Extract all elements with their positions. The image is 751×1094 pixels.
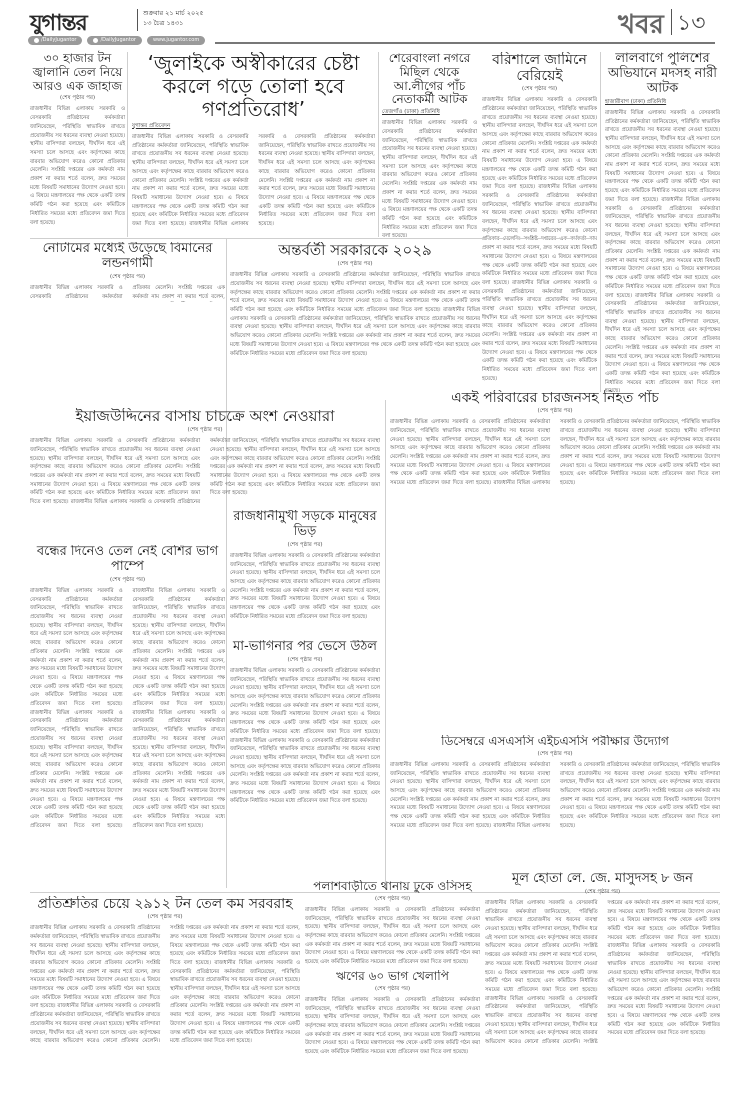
- article-body: রাজধানীর বিভিন্ন এলাকায় সরকারি ও বেসরকা…: [30, 587, 225, 831]
- article-july-resistance: ‘জুলাইকে অস্বীকারের চেষ্টা করলে গড়ে তোল…: [132, 52, 375, 232]
- byline: তেজগাঁও (ঢাকা) প্রতিনিধি: [382, 109, 477, 117]
- headline[interactable]: বন্ধের দিনেও তেল নেই বেশির ভাগ পাম্পে: [30, 545, 225, 575]
- headline[interactable]: মা-ভাগিনার পর ভেসে উঠল: [230, 640, 380, 655]
- byline: যুগান্তর প্রতিবেদন: [132, 123, 375, 131]
- column-divider: [600, 52, 601, 392]
- continued-label: (শেষ পৃষ্ঠার পর): [230, 261, 480, 269]
- headline[interactable]: প্রতিশ্রুতির চেয়ে ২৯১২ টন তেল কম সরবরাহ: [30, 896, 300, 912]
- article-body: রাজধানীর বিভিন্ন এলাকায় সরকারি ও বেসরকা…: [382, 119, 477, 237]
- masthead: যুগান্তর শুক্রবার ২১ মার্চ ২০২৫ ১৩ চৈত্র…: [0, 0, 751, 48]
- column-divider: [226, 238, 227, 888]
- issue-date: শুক্রবার ২১ মার্চ ২০২৫ ১৩ চৈত্র ১৪৩১: [143, 8, 204, 28]
- article-body: রাজধানীর বিভিন্ন এলাকায় সরকারি ও বেসরকা…: [30, 105, 125, 227]
- headline[interactable]: পলাশবাড়ীতে থানায় ঢুকে ওসিসহ: [305, 880, 480, 894]
- continued-label: (শেষ পৃষ্ঠার পর): [390, 408, 720, 416]
- headline[interactable]: শেরেবাংলা নগরে মিছিল থেকে আ.লীগের পাঁচ ন…: [382, 52, 477, 107]
- article-body: রাজধানীর বিভিন্ন এলাকায় সরকারি ও বেসরকা…: [230, 552, 380, 620]
- article-body: রাজধানীর বিভিন্ন এলাকায় সরকারি ও বেসরকা…: [132, 133, 375, 229]
- headline[interactable]: লালবাগে পুলিশের অভিযানে মদসহ নারী আটক: [605, 52, 720, 97]
- article-less-oil-2912: প্রতিশ্রুতির চেয়ে ২৯১২ টন তেল কম সরবরাহ…: [30, 896, 300, 1086]
- article-body: রাজধানীর বিভিন্ন এলাকায় সরকারি ও বেসরকা…: [390, 761, 720, 831]
- article-mother-daughter: মা-ভাগিনার পর ভেসে উঠল (শেষ পৃষ্ঠার পর) …: [230, 640, 380, 870]
- article-sherebangla: শেরেবাংলা নগরে মিছিল থেকে আ.লীগের পাঁচ ন…: [382, 52, 477, 237]
- facebook-icon: [93, 38, 98, 43]
- article-mastermind-8: মূল হোতা লে. জে. মাসুদসহ ৮ জন (শেষ পৃষ্ঠ…: [485, 872, 720, 1092]
- headline[interactable]: একই পরিবারের চারজনসহ নিহত পাঁচ: [390, 390, 720, 406]
- continued-label: (শেষ পৃষ্ঠার পর): [30, 914, 300, 922]
- article-pump-no-fuel: বন্ধের দিনেও তেল নেই বেশির ভাগ পাম্পে (শ…: [30, 545, 225, 880]
- continued-label: (শেষ পৃষ্ঠার পর): [230, 657, 380, 665]
- date-bengali: ১৩ চৈত্র ১৪৩১: [143, 18, 204, 28]
- article-default-loans: ঋণের ৬০ ভাগ খেলাপি (শেষ পৃষ্ঠার পর) রাজধ…: [305, 970, 480, 1090]
- continued-label: (শেষ পৃষ্ঠার পর): [230, 542, 380, 550]
- column-divider: [127, 52, 128, 237]
- headline[interactable]: অন্তর্বর্তী সরকারকে ২০২৯: [230, 242, 480, 259]
- continued-label: (শেষ পৃষ্ঠার পর): [305, 986, 480, 994]
- headline[interactable]: ‘জুলাইকে অস্বীকারের চেষ্টা করলে গড়ে তোল…: [132, 52, 375, 121]
- article-lalbagh-police: লালবাগে পুলিশের অভিযানে মদসহ নারী আটক হা…: [605, 52, 720, 392]
- section-divider: [30, 238, 595, 239]
- article-biman-london: নোটামের মধ্যেই উড়েছে বিমানের লন্ডনগামী …: [30, 242, 225, 302]
- article-palashbari-oc: পলাশবাড়ীতে থানায় ঢুকে ওসিসহ (শেষ পৃষ্ঠ…: [305, 880, 480, 970]
- date-gregorian: শুক্রবার ২১ মার্চ ২০২৫: [143, 8, 204, 18]
- continued-label: (শেষ পৃষ্ঠার পর): [305, 896, 480, 904]
- continued-label: (শেষ পৃষ্ঠার পর): [30, 274, 225, 282]
- article-body: রাজধানীর বিভিন্ন এলাকায় সরকারি ও বেসরকা…: [230, 271, 480, 358]
- article-family-five-killed: একই পরিবারের চারজনসহ নিহত পাঁচ (শেষ পৃষ্…: [390, 390, 720, 510]
- section-name: খবর: [618, 4, 664, 48]
- article-body: রাজধানীর বিভিন্ন এলাকায় সরকারি ও বেসরকা…: [305, 996, 480, 1057]
- twitter-icon: [34, 38, 39, 43]
- headline[interactable]: ডিসেম্বরে এসএসসি এইচএসসি পরীক্ষার উদ্যোগ: [390, 735, 720, 749]
- continued-label: (শেষ পৃষ্ঠার পর): [485, 889, 720, 897]
- article-body: রাজধানীর বিভিন্ন এলাকায় সরকারি ও বেসরকা…: [485, 899, 720, 1047]
- article-interim-2029: অন্তর্বর্তী সরকারকে ২০২৯ (শেষ পৃষ্ঠার পর…: [230, 242, 480, 392]
- social-link-twitter[interactable]: /DailyJugantor: [28, 36, 82, 45]
- headline[interactable]: মূল হোতা লে. জে. মাসুদসহ ৮ জন: [485, 872, 720, 887]
- social-links: /DailyJugantor /DailyJugantor www.jugant…: [28, 36, 205, 45]
- headline[interactable]: রাজধানীমুখী সড়কে মানুষের ভিড়: [230, 510, 380, 540]
- article-body: রাজধানীর বিভিন্ন এলাকায় সরকারি ও বেসরকা…: [390, 418, 720, 488]
- article-body: রাজধানীর বিভিন্ন এলাকায় সরকারি ও বেসরকা…: [30, 924, 300, 1046]
- article-body: রাজধানীর বিভিন্ন এলাকায় সরকারি ও বেসরকা…: [30, 284, 225, 302]
- continued-label: (শেষ পৃষ্ঠার পর): [30, 95, 125, 103]
- continued-label: (শেষ পৃষ্ঠার পর): [30, 427, 380, 435]
- social-link-facebook[interactable]: /DailyJugantor: [87, 36, 141, 45]
- headline[interactable]: ঋণের ৬০ ভাগ খেলাপি: [305, 970, 480, 984]
- column-divider: [385, 400, 386, 890]
- article-body: রাজধানীর বিভিন্ন এলাকায় সরকারি ও বেসরকা…: [305, 906, 480, 967]
- article-body: রাজধানীর বিভিন্ন এলাকায় সরকারি ও বেসরকা…: [230, 667, 380, 806]
- article-barishal-bail: বরিশালে জামিনে বেরিয়েই (শেষ পৃষ্ঠার পর)…: [482, 52, 597, 387]
- divider: [137, 9, 138, 31]
- headline[interactable]: ৩০ হাজার টন জ্বালানি তেল নিয়ে আরও এক জা…: [30, 52, 125, 93]
- divider: [671, 9, 672, 35]
- headline[interactable]: ইয়াজউদ্দিনের বাসায় চাচক্রে অংশ নেওয়ার…: [30, 408, 380, 425]
- byline: হাজারীবাগ (ঢাকা) প্রতিনিধি: [605, 99, 720, 107]
- social-link-website[interactable]: www.jugantor.com: [147, 36, 205, 45]
- article-body: রাজধানীর বিভিন্ন এলাকায় সরকারি ও বেসরকা…: [30, 437, 380, 507]
- article-body: রাজধানীর বিভিন্ন এলাকায় সরকারি ও বেসরকা…: [482, 96, 597, 383]
- page-number: ১৩: [677, 6, 706, 43]
- headline[interactable]: নোটামের মধ্যেই উড়েছে বিমানের লন্ডনগামী: [30, 242, 225, 272]
- continued-label: (শেষ পৃষ্ঠার পর): [482, 86, 597, 94]
- article-fuel-ship: ৩০ হাজার টন জ্বালানি তেল নিয়ে আরও এক জা…: [30, 52, 125, 227]
- article-capital-road-crowd: রাজধানীমুখী সড়কে মানুষের ভিড় (শেষ পৃষ্…: [230, 510, 380, 620]
- continued-label: (শেষ পৃষ্ঠার পর): [390, 751, 720, 759]
- continued-label: (শেষ পৃষ্ঠার পর): [30, 577, 225, 585]
- column-divider: [378, 52, 379, 237]
- article-body: রাজধানীর বিভিন্ন এলাকায় সরকারি ও বেসরকা…: [605, 109, 720, 392]
- article-ssc-hsc-december: ডিসেম্বরে এসএসসি এইচএসসি পরীক্ষার উদ্যোগ…: [390, 735, 720, 860]
- headline[interactable]: বরিশালে জামিনে বেরিয়েই: [482, 52, 597, 84]
